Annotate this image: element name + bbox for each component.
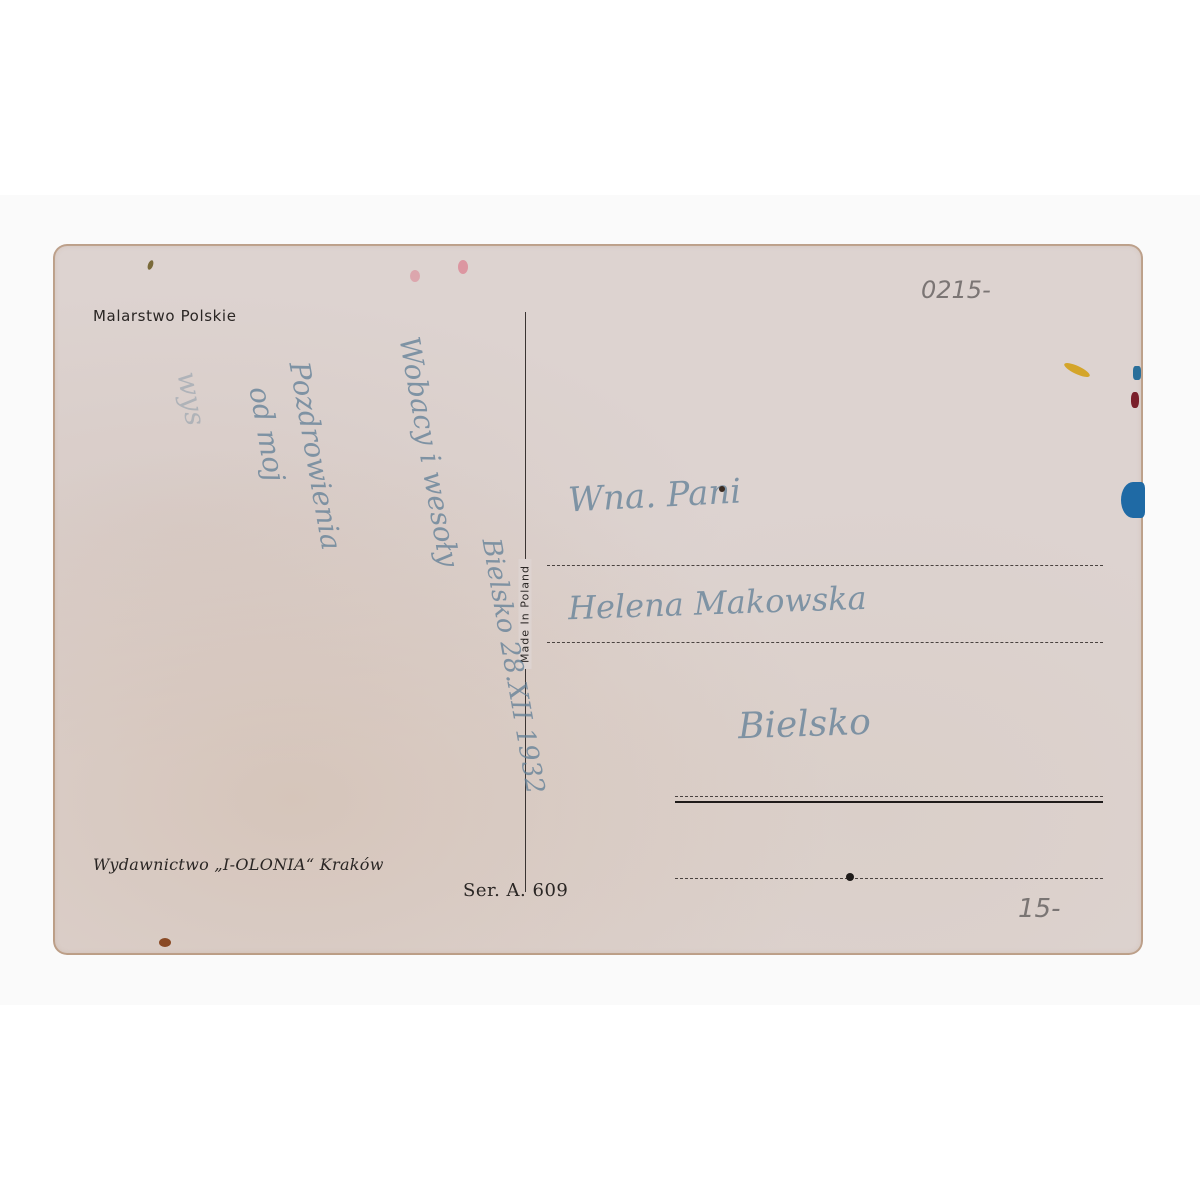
serial-number: Ser. A. 609	[463, 880, 568, 901]
address-line-4	[675, 878, 1103, 879]
pink-mark	[458, 260, 468, 274]
postcard: Malarstwo Polskie Made In Poland Wydawni…	[53, 244, 1143, 955]
series-title: Malarstwo Polskie	[93, 307, 237, 325]
address-line-1	[547, 565, 1103, 566]
address-line-2	[547, 642, 1103, 643]
scan-page: Malarstwo Polskie Made In Poland Wydawni…	[0, 0, 1200, 1200]
olive-fleck	[146, 259, 154, 270]
inventory-number: 0215-	[921, 276, 991, 304]
address-handwriting-2: Helena Makowska	[567, 579, 867, 627]
address-handwriting-1: Wna. Pani	[567, 471, 742, 520]
message-line-1: Wobacy i wesoły	[393, 334, 466, 569]
dark-dot	[846, 873, 854, 881]
blue-ink-speck	[1133, 366, 1141, 380]
address-handwriting-3: Bielsko	[737, 702, 871, 748]
place-date: Bielsko 28.XII 1932	[475, 536, 550, 796]
blue-ink-stain	[1121, 482, 1145, 518]
dark-dot-2	[719, 486, 725, 492]
message-line-3: od moj	[243, 384, 292, 484]
publisher-imprint: Wydawnictwo „I-OLONIA“ Kraków	[93, 855, 384, 874]
price-mark: 15-	[1018, 894, 1060, 924]
message-line-4: wys	[171, 369, 213, 428]
address-underline	[675, 801, 1103, 803]
yellow-paint-fleck	[1063, 360, 1092, 379]
pink-mark-2	[410, 270, 420, 282]
brown-spot	[159, 938, 171, 947]
message-line-2: Pozdrowienia	[283, 359, 349, 552]
red-ink-speck	[1131, 392, 1139, 408]
address-line-3	[675, 796, 1103, 797]
